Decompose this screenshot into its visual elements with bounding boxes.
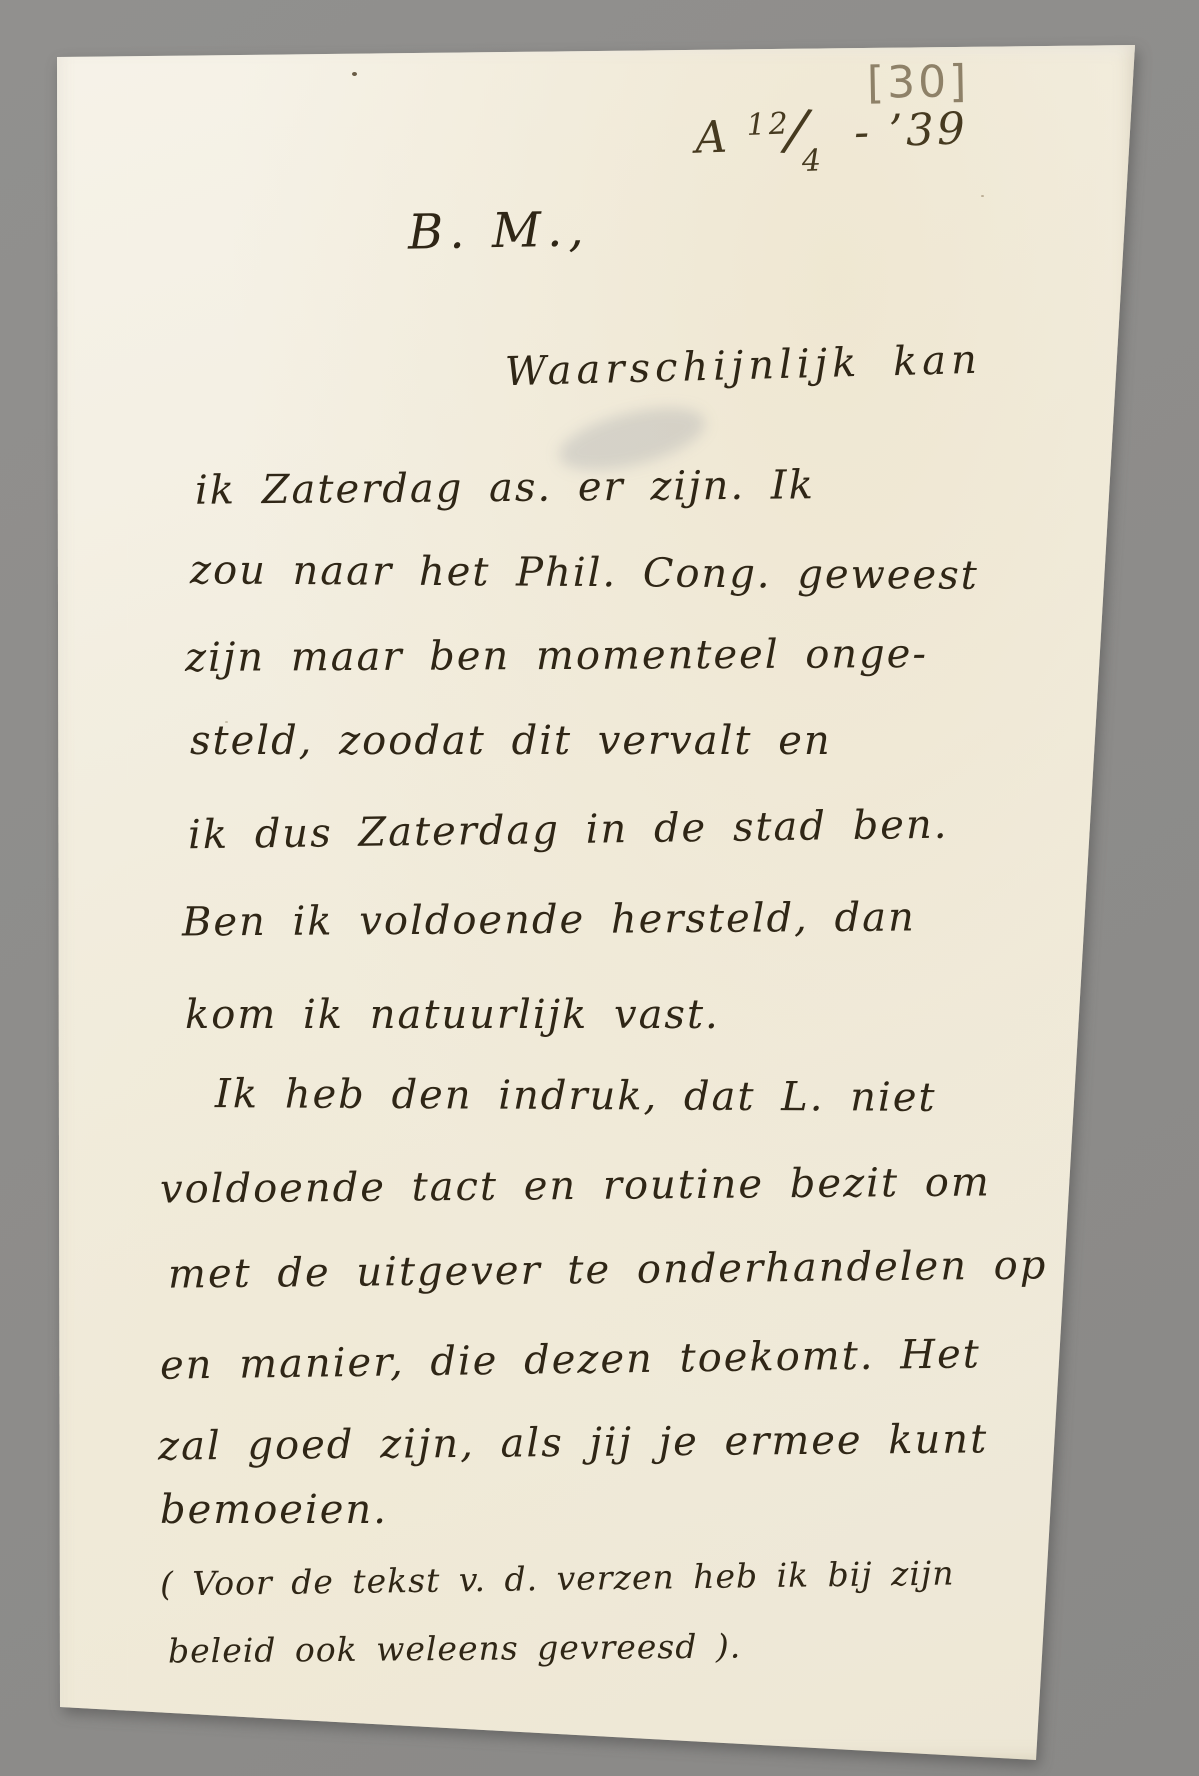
handwriting-line: Ik heb den indruk, dat L. niet (215, 1071, 937, 1121)
handwriting-line: ik Zaterdag as. er zijn. Ik (195, 462, 815, 513)
date-day: 12 (746, 106, 791, 143)
handwriting-line: bemoeien. (160, 1487, 388, 1533)
handwriting-line: en manier, die dezen toekomt. Het (160, 1331, 981, 1388)
photo-background: [30] A 12/4 - ’39 B. M., Waarschijnlijk … (0, 0, 1199, 1776)
handwriting-line: met de uitgever te onderhandelen op (168, 1242, 1048, 1297)
paper-specks (352, 72, 357, 76)
handwriting-line: kom ik natuurlijk vast. (185, 992, 720, 1038)
opening-line: Waarschijnlijk kan (504, 337, 982, 395)
handwriting-line: voldoende tact en routine bezit om (160, 1159, 991, 1212)
date-line: A 12/4 - ’39 (694, 92, 969, 166)
handwriting-line: ik dus Zaterdag in de stad ben. (188, 802, 949, 859)
date-place-abbrev: A (694, 112, 731, 164)
postscript-line: beleid ook weleens gevreesd ). (168, 1626, 742, 1670)
handwriting-line: Ben ik voldoende hersteld, dan (182, 894, 916, 945)
handwriting-line: steld, zoodat dit vervalt en (190, 718, 832, 764)
handwriting-line: zijn maar ben momenteel onge- (185, 631, 928, 681)
date-month: 4 (801, 143, 824, 179)
letter-paper: [30] A 12/4 - ’39 B. M., Waarschijnlijk … (57, 45, 1139, 1767)
handwriting-line: zou naar het Phil. Cong. geweest (190, 547, 979, 599)
letter-paper-wrapper: [30] A 12/4 - ’39 B. M., Waarschijnlijk … (57, 45, 1139, 1767)
salutation: B. M., (408, 201, 590, 260)
date-year: - ’39 (853, 103, 969, 158)
postscript-line: ( Voor de tekst v. d. verzen heb ik bij … (160, 1553, 955, 1603)
handwriting-line: zal goed zijn, als jij je ermee kunt (158, 1416, 989, 1469)
